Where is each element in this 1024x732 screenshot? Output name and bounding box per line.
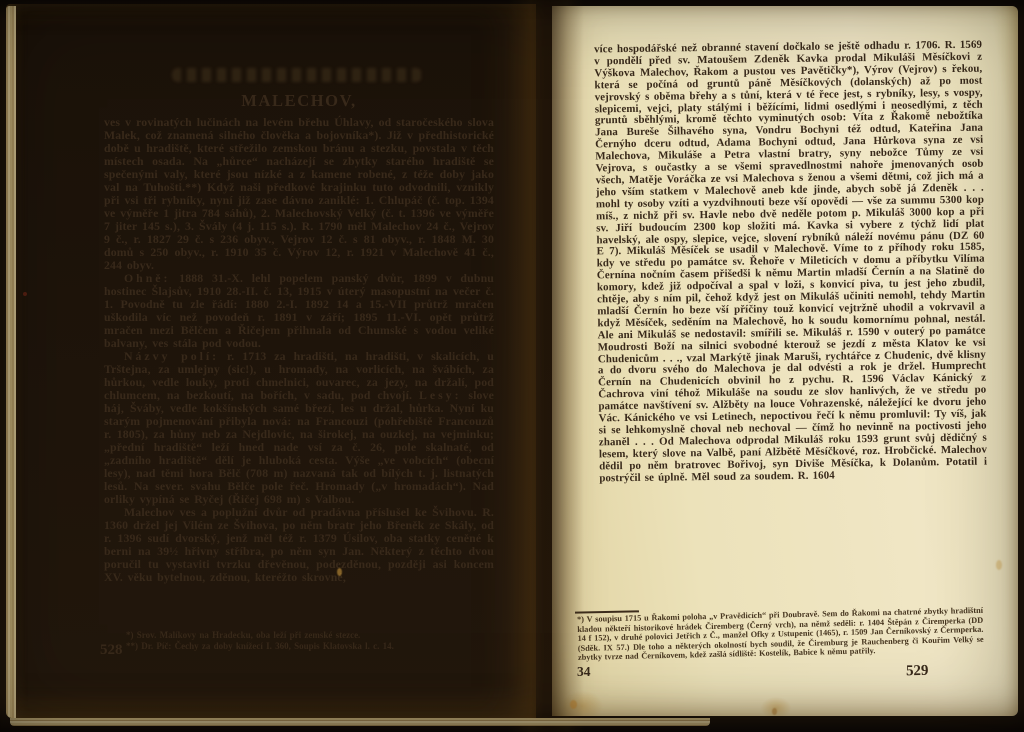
stain: [570, 700, 577, 709]
left-text-column: MALECHOV, ves v rovinatých lučinách na l…: [104, 94, 494, 628]
stain: [772, 708, 777, 715]
footnote: **) Dr. Píč: Čechy za doby knížecí I. 36…: [126, 641, 498, 652]
paragraph-continuation: více hospodářské než obranné stavení doč…: [594, 40, 987, 485]
stain: [996, 560, 1002, 570]
chapter-heading: MALECHOV,: [104, 94, 494, 107]
paragraph-lead-lesy: Lesy:: [419, 388, 462, 402]
paragraph-body-lesy: slove háj, Šváby, vedle kokšínských samé…: [104, 388, 494, 506]
paragraph-ohne: Ohně: 1888 31.-X. lehl popelem panský dv…: [104, 272, 494, 350]
show-through-smudge: [172, 68, 422, 82]
page-number-right: 529: [906, 663, 929, 680]
book-scan: MALECHOV, ves v rovinatých lučinách na l…: [0, 0, 1024, 732]
left-footnotes: *) Srov. Malíkovy na Hradecku, oba leží …: [126, 630, 498, 651]
signature-mark: 34: [577, 664, 591, 680]
page-edges-bottom: [10, 718, 710, 726]
paragraph-lead-nazvy-poli: Názvy polí:: [124, 349, 219, 363]
stain: [337, 568, 342, 576]
page-edges-left: [6, 6, 16, 718]
paragraph-nazvy-poli: Názvy polí: r. 1713 za hradišti, na hrad…: [104, 350, 494, 506]
page-number-left: 528: [100, 642, 123, 659]
paragraph-intro: ves v rovinatých lučinách na levém břehu…: [104, 116, 494, 272]
footnote: *) V soupisu 1715 u Řakomi poloha „v Pra…: [577, 606, 984, 663]
paragraph-malechov-ves: Malechov ves a poplužní dvůr od pradávna…: [104, 506, 494, 584]
right-text-column: více hospodářské než obranné stavení doč…: [594, 40, 989, 607]
paragraph-lead-ohne: Ohně:: [124, 271, 170, 285]
footnote: *) Srov. Malíkovy na Hradecku, oba leží …: [126, 630, 498, 641]
stain: [23, 292, 27, 296]
